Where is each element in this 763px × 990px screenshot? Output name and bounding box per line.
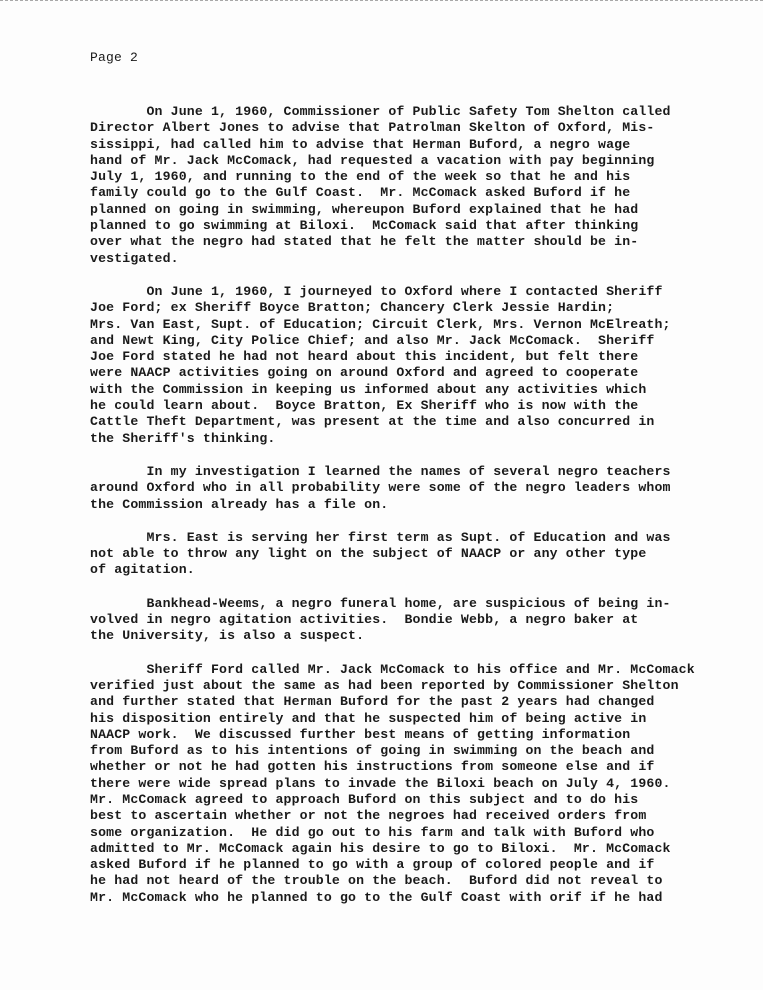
text-line: planned on going in swimming, whereupon … [90, 202, 750, 218]
page-top-border [0, 0, 763, 1]
text-line: asked Buford if he planned to go with a … [90, 857, 750, 873]
text-line: over what the negro had stated that he f… [90, 234, 750, 250]
text-line: Bankhead-Weems, a negro funeral home, ar… [90, 596, 750, 612]
text-line: Mrs. East is serving her first term as S… [90, 530, 750, 546]
text-line: and further stated that Herman Buford fo… [90, 694, 750, 710]
paragraph-4: Mrs. East is serving her first term as S… [90, 530, 750, 579]
text-line: and Newt King, City Police Chief; and al… [90, 333, 750, 349]
paragraph-2: On June 1, 1960, I journeyed to Oxford w… [90, 284, 750, 447]
document-body: On June 1, 1960, Commissioner of Public … [90, 104, 750, 923]
text-line: he had not heard of the trouble on the b… [90, 873, 750, 889]
text-line: some organization. He did go out to his … [90, 825, 750, 841]
text-line: NAACP work. We discussed further best me… [90, 727, 750, 743]
paragraph-5: Bankhead-Weems, a negro funeral home, ar… [90, 596, 750, 645]
text-line: Joe Ford stated he had not heard about t… [90, 349, 750, 365]
text-line: Mr. McComack who he planned to go to the… [90, 890, 750, 906]
text-line: of agitation. [90, 562, 750, 578]
text-line: Director Albert Jones to advise that Pat… [90, 120, 750, 136]
text-line: not able to throw any light on the subje… [90, 546, 750, 562]
text-line: On June 1, 1960, I journeyed to Oxford w… [90, 284, 750, 300]
text-line: around Oxford who in all probability wer… [90, 480, 750, 496]
text-line: from Buford as to his intentions of goin… [90, 743, 750, 759]
text-line: his disposition entirely and that he sus… [90, 711, 750, 727]
text-line: best to ascertain whether or not the neg… [90, 808, 750, 824]
text-line: were NAACP activities going on around Ox… [90, 365, 750, 381]
text-line: admitted to Mr. McComack again his desir… [90, 841, 750, 857]
text-line: hand of Mr. Jack McComack, had requested… [90, 153, 750, 169]
text-line: sissippi, had called him to advise that … [90, 137, 750, 153]
text-line: the University, is also a suspect. [90, 628, 750, 644]
text-line: he could learn about. Boyce Bratton, Ex … [90, 398, 750, 414]
text-line: Sheriff Ford called Mr. Jack McComack to… [90, 662, 750, 678]
paragraph-6: Sheriff Ford called Mr. Jack McComack to… [90, 662, 750, 906]
text-line: the Sheriff's thinking. [90, 431, 750, 447]
text-line: there were wide spread plans to invade t… [90, 776, 750, 792]
page-number: Page 2 [90, 50, 138, 65]
text-line: planned to go swimming at Biloxi. McComa… [90, 218, 750, 234]
text-line: with the Commission in keeping us inform… [90, 382, 750, 398]
paragraph-1: On June 1, 1960, Commissioner of Public … [90, 104, 750, 267]
text-line: Mr. McComack agreed to approach Buford o… [90, 792, 750, 808]
text-line: Cattle Theft Department, was present at … [90, 414, 750, 430]
text-line: July 1, 1960, and running to the end of … [90, 169, 750, 185]
text-line: On June 1, 1960, Commissioner of Public … [90, 104, 750, 120]
text-line: In my investigation I learned the names … [90, 464, 750, 480]
text-line: vestigated. [90, 251, 750, 267]
paragraph-3: In my investigation I learned the names … [90, 464, 750, 513]
text-line: volved in negro agitation activities. Bo… [90, 612, 750, 628]
text-line: whether or not he had gotten his instruc… [90, 759, 750, 775]
text-line: the Commission already has a file on. [90, 497, 750, 513]
text-line: verified just about the same as had been… [90, 678, 750, 694]
text-line: Joe Ford; ex Sheriff Boyce Bratton; Chan… [90, 300, 750, 316]
text-line: family could go to the Gulf Coast. Mr. M… [90, 185, 750, 201]
text-line: Mrs. Van East, Supt. of Education; Circu… [90, 317, 750, 333]
